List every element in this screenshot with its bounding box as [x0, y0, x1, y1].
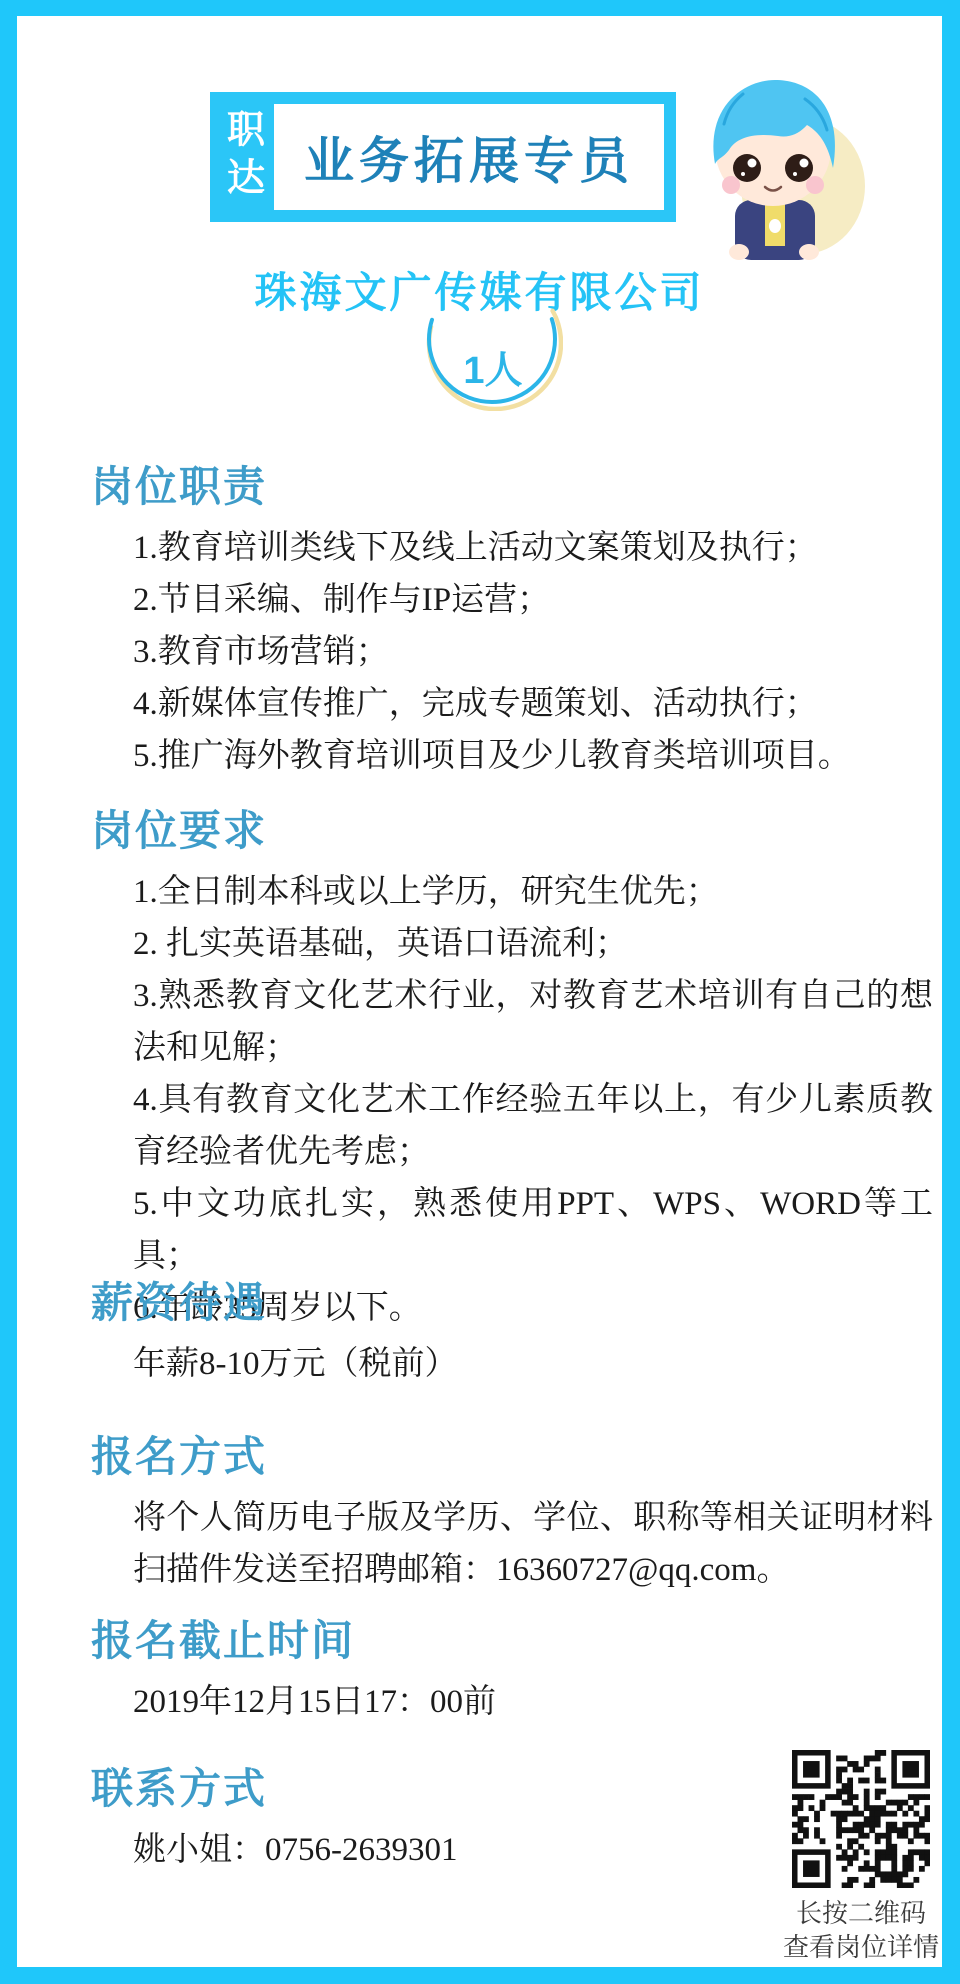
section-deadline: 报名截止时间 2019年12月15日17：00前 — [91, 1608, 919, 1728]
section-heading: 岗位职责 — [91, 454, 919, 514]
list-item: 5.推广海外教育培训项目及少儿教育类培训项目。 — [133, 730, 933, 782]
application-instructions: 将个人简历电子版及学历、学位、职称等相关证明材料扫描件发送至招聘邮箱：16360… — [133, 1492, 933, 1596]
section-requirements: 岗位要求 1.全日制本科或以上学历，研究生优先； 2. 扎实英语基础，英语口语流… — [91, 798, 919, 1334]
list-item: 2.节目采编、制作与IP运营； — [133, 574, 933, 626]
section-duties: 岗位职责 1.教育培训类线下及线上活动文案策划及执行； 2.节目采编、制作与IP… — [91, 454, 919, 782]
section-heading: 薪资待遇 — [91, 1270, 919, 1330]
brand-badge: 职达 — [210, 92, 274, 222]
section-heading: 报名方式 — [91, 1424, 919, 1484]
job-title-box: 业务拓展专员 — [274, 104, 664, 210]
section-heading: 报名截止时间 — [91, 1608, 919, 1668]
poster-content-area: 职达 业务拓展专员 — [17, 16, 942, 1967]
recruitment-poster: 职达 业务拓展专员 — [0, 0, 960, 1984]
qr-caption-line1: 长按二维码 — [781, 1896, 941, 1930]
header-title-banner: 职达 业务拓展专员 — [210, 92, 676, 222]
list-item: 4.新媒体宣传推广，完成专题策划、活动执行； — [133, 678, 933, 730]
section-salary: 薪资待遇 年薪8-10万元（税前） — [91, 1270, 919, 1390]
list-item: 1.教育培训类线下及线上活动文案策划及执行； — [133, 522, 933, 574]
qr-code-icon — [792, 1750, 930, 1888]
list-item: 3.熟悉教育文化艺术行业，对教育艺术培训有自己的想法和见解； — [133, 970, 933, 1074]
brand-vertical-text: 职达 — [215, 109, 270, 205]
headcount-value: 1人 — [423, 339, 563, 394]
list-item: 5.中文功底扎实，熟悉使用PPT、WPS、WORD等工具； — [133, 1178, 933, 1282]
headcount-badge: 1人 — [423, 271, 563, 411]
list-item: 3.教育市场营销； — [133, 626, 933, 678]
mascot-character-icon — [685, 68, 890, 263]
section-heading: 岗位要求 — [91, 798, 919, 858]
salary-value: 年薪8-10万元（税前） — [133, 1338, 933, 1390]
qr-block: 长按二维码 查看岗位详情 — [781, 1750, 941, 1964]
list-item: 1.全日制本科或以上学历，研究生优先； — [133, 866, 933, 918]
section-application: 报名方式 将个人简历电子版及学历、学位、职称等相关证明材料扫描件发送至招聘邮箱：… — [91, 1424, 919, 1596]
list-item: 2. 扎实英语基础，英语口语流利； — [133, 918, 933, 970]
qr-caption-line2: 查看岗位详情 — [781, 1930, 941, 1964]
list-item: 4.具有教育文化艺术工作经验五年以上，有少儿素质教育经验者优先考虑； — [133, 1074, 933, 1178]
deadline-value: 2019年12月15日17：00前 — [133, 1676, 933, 1728]
job-title: 业务拓展专员 — [304, 121, 634, 193]
